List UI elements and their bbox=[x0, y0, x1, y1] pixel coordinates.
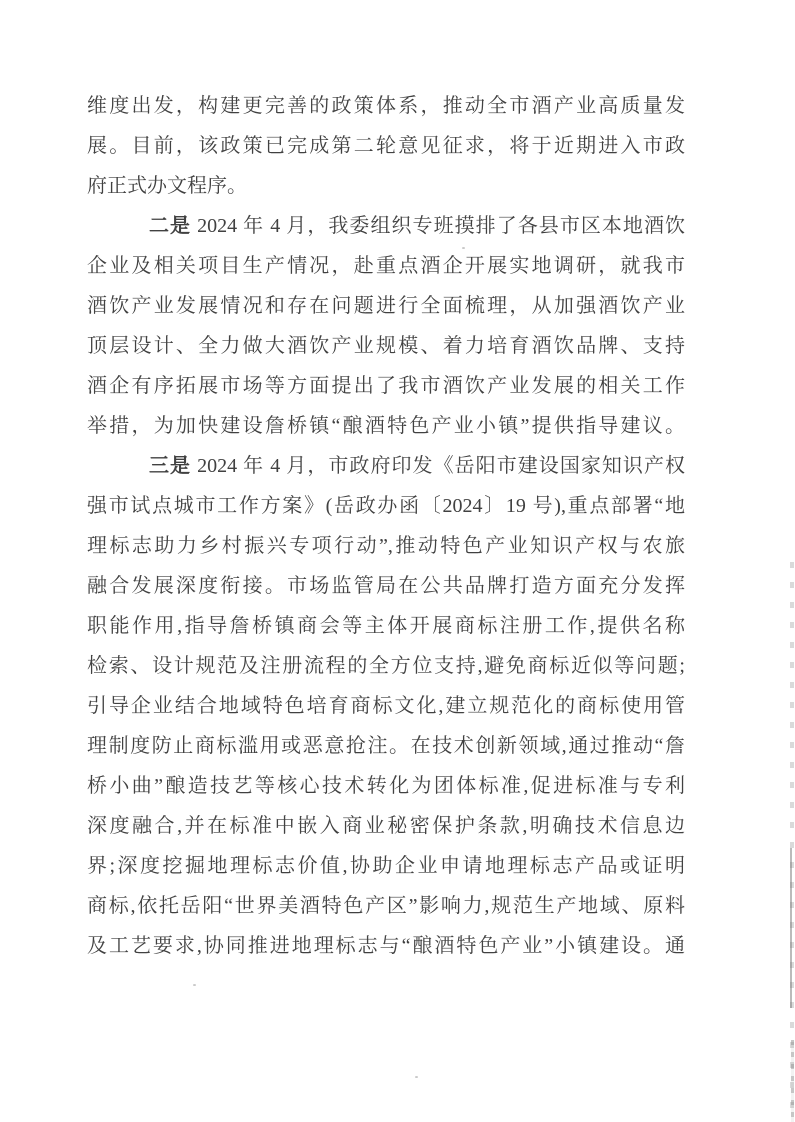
text-line: 企业及相关项目生产情况，赴重点酒企开展实地调研，就我市 bbox=[87, 246, 685, 286]
scan-artifact-right-edge-dark bbox=[790, 848, 792, 1008]
text-line: 维度出发，构建更完善的政策体系，推动全市酒产业高质量发 bbox=[87, 86, 685, 126]
text-line: 理制度防止商标滥用或恶意抢注。在技术创新领域,通过推动“詹 bbox=[87, 726, 685, 766]
paragraph-lead: 三是 bbox=[149, 455, 191, 477]
text-line: 酒企有序拓展市场等方面提出了我市酒饮产业发展的相关工作 bbox=[87, 366, 685, 406]
text-line: 酒饮产业发展情况和存在问题进行全面梳理，从加强酒饮产业 bbox=[87, 286, 685, 326]
scan-speck bbox=[193, 984, 196, 986]
text-line: 职能作用,指导詹桥镇商会等主体开展商标注册工作,提供名称 bbox=[87, 606, 685, 646]
text-line: 理标志助力乡村振兴专项行动”,推动特色产业知识产权与农旅 bbox=[87, 526, 685, 566]
text-line: 二是 2024 年 4 月，我委组织专班摸排了各县市区本地酒饮 bbox=[87, 206, 685, 246]
text-line: 展。目前，该政策已完成第二轮意见征求，将于近期进入市政 bbox=[87, 126, 685, 166]
text-line: 融合发展深度衔接。市场监管局在公共品牌打造方面充分发挥 bbox=[87, 566, 685, 606]
text-line: 及工艺要求,协同推进地理标志与“酿酒特色产业”小镇建设。通 bbox=[87, 926, 685, 966]
document-text-block: 维度出发，构建更完善的政策体系，推动全市酒产业高质量发展。目前，该政策已完成第二… bbox=[87, 86, 685, 966]
text-line: 界;深度挖掘地理标志价值,协助企业申请地理标志产品或证明 bbox=[87, 846, 685, 886]
text-line: 举措，为加快建设詹桥镇“酿酒特色产业小镇”提供指导建议。 bbox=[87, 406, 685, 446]
text-line: 顶层设计、全力做大酒饮产业规模、着力培育酒饮品牌、支持 bbox=[87, 326, 685, 366]
text-line: 商标,依托岳阳“世界美酒特色产区”影响力,规范生产地域、原料 bbox=[87, 886, 685, 926]
scan-speck bbox=[462, 247, 465, 249]
text-line: 桥小曲”酿造技艺等核心技术转化为团体标准,促进标准与专利 bbox=[87, 766, 685, 806]
text-line: 引导企业结合地域特色培育商标文化,建立规范化的商标使用管 bbox=[87, 686, 685, 726]
scan-artifact-right-edge bbox=[790, 562, 794, 1120]
text-line: 深度融合,并在标准中嵌入商业秘密保护条款,明确技术信息边 bbox=[87, 806, 685, 846]
text-line: 府正式办文程序。 bbox=[87, 166, 685, 206]
text-line: 三是 2024 年 4 月，市政府印发《岳阳市建设国家知识产权 bbox=[87, 446, 685, 486]
text-line: 检索、设计规范及注册流程的全方位支持,避免商标近似等问题; bbox=[87, 646, 685, 686]
text-line: 强市试点城市工作方案》(岳政办函〔2024〕19 号),重点部署“地 bbox=[87, 486, 685, 526]
document-page: 维度出发，构建更完善的政策体系，推动全市酒产业高质量发展。目前，该政策已完成第二… bbox=[0, 0, 795, 1122]
paragraph-lead: 二是 bbox=[149, 215, 191, 237]
scan-artifact-bottom-right bbox=[791, 1040, 794, 1122]
scan-speck bbox=[415, 1076, 418, 1078]
